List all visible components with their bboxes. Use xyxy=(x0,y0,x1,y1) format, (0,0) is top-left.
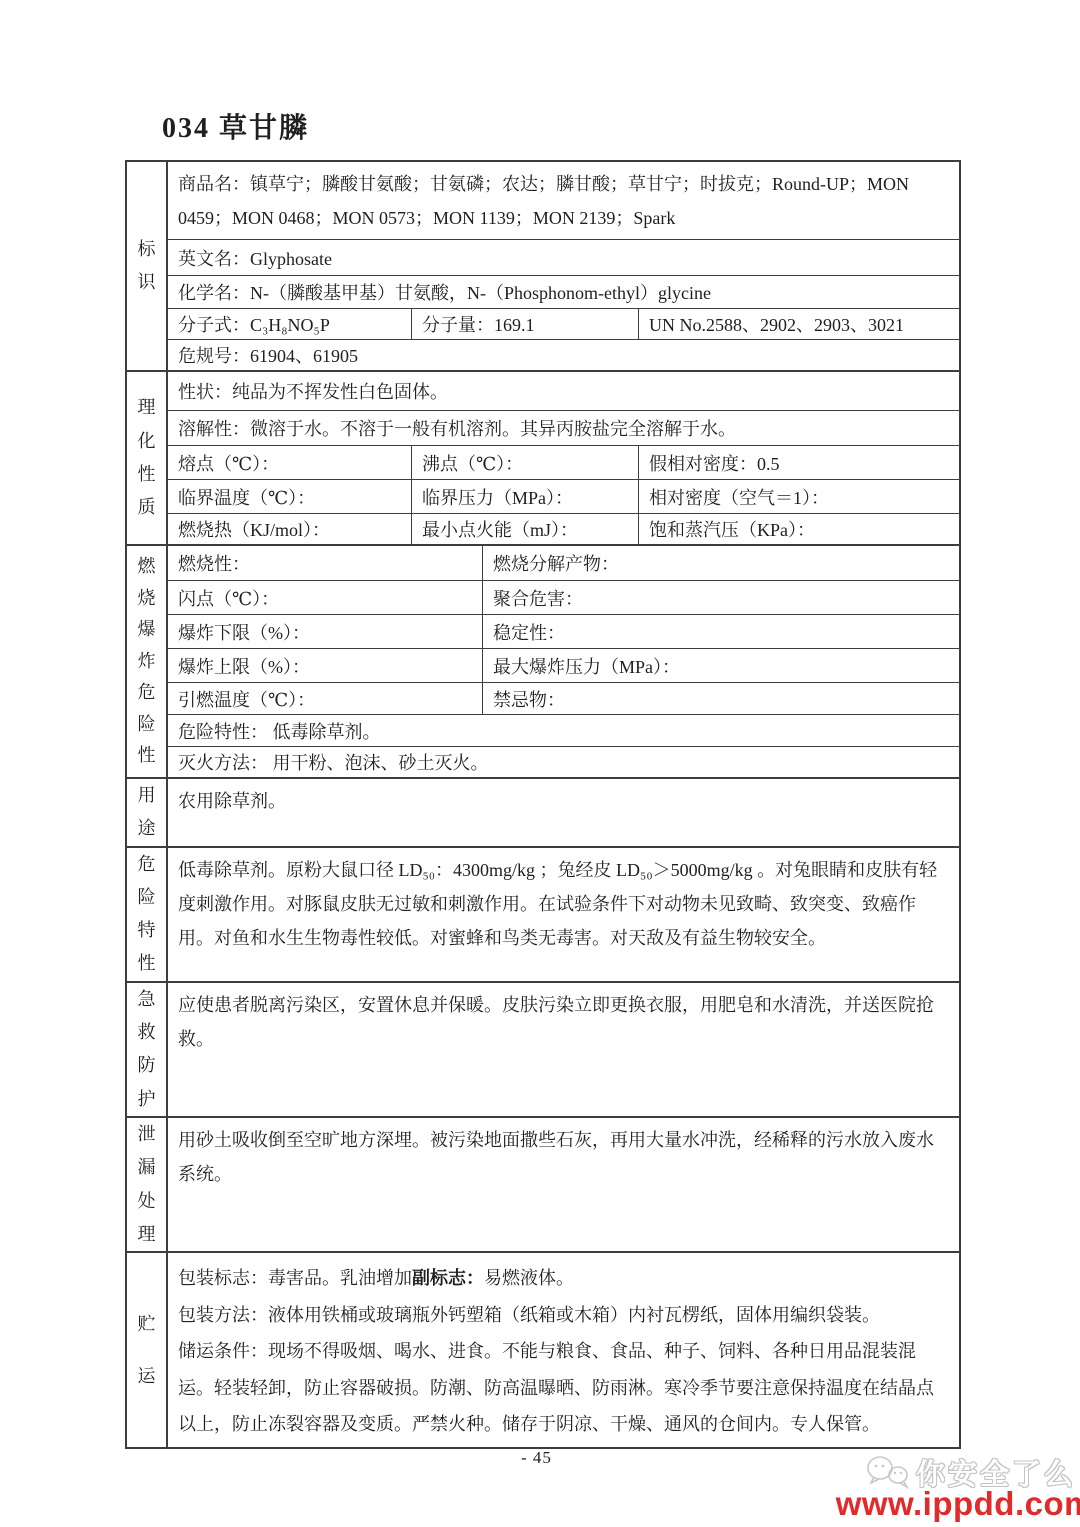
table-row: 性状：纯品为不挥发性白色固体。 xyxy=(168,372,959,410)
packing-mark-tail-text: 易燃液体。 xyxy=(484,1268,574,1288)
storage-conditions-line: 储运条件：现场不得吸烟、喝水、进食。不能与粮食、食品、种子、饲料、各种日用品混装… xyxy=(178,1333,949,1443)
table-row: 用砂土吸收倒至空旷地方深埋。被污染地面撒些石灰，再用大量水冲洗，经稀释的污水放入… xyxy=(168,1118,959,1251)
first-aid-text-cell: 应使患者脱离污染区，安置休息并保暖。皮肤污染立即更换衣服，用肥皂和水清洗，并送医… xyxy=(168,983,959,1116)
page-number: - 45 xyxy=(521,1448,552,1468)
leak-text-cell: 用砂土吸收倒至空旷地方深埋。被污染地面撒些石灰，再用大量水冲洗，经稀释的污水放入… xyxy=(168,1118,959,1251)
max-explosion-pressure-cell: 最大爆炸压力（MPa）： xyxy=(482,649,959,682)
table-row: 灭火方法： 用干粉、泡沫、砂土灭火。 xyxy=(168,746,959,777)
use-text-cell: 农用除草剂。 xyxy=(168,779,959,846)
table-row: 英文名：Glyphosate xyxy=(168,239,959,275)
table-row: 引燃温度（℃）： 禁忌物： xyxy=(168,682,959,714)
watermark: 你安全了么 www.ippdd.com xyxy=(836,1452,1080,1523)
section-leak-handling: 泄 漏 处 理 用砂土吸收倒至空旷地方深埋。被污染地面撒些石灰，再用大量水冲洗，… xyxy=(127,1116,959,1251)
section-label-leak: 泄 漏 处 理 xyxy=(127,1118,168,1251)
un-number-cell: UN No.2588、2902、2903、3021 xyxy=(638,309,959,339)
table-row: 熔点（℃）： 沸点（℃）： 假相对密度：0.5 xyxy=(168,445,959,479)
molecular-formula-cell: 分子式：C₃H₈NO₅P xyxy=(168,309,411,339)
molecular-weight-cell: 分子量：169.1 xyxy=(411,309,638,339)
section-label-hazard: 危 险 特 性 xyxy=(127,848,168,981)
flash-point-cell: 闪点（℃）： xyxy=(168,581,482,614)
table-row: 低毒除草剂。原粉大鼠口径 LD₅₀：4300mg/kg ；兔经皮 LD₅₀＞50… xyxy=(168,848,959,981)
explosion-lower-limit-cell: 爆炸下限（%）： xyxy=(168,615,482,648)
packing-mark-bold-text: 副标志： xyxy=(412,1268,484,1288)
min-ignition-energy-cell: 最小点火能（mJ）： xyxy=(411,514,638,544)
table-row: 爆炸上限（%）： 最大爆炸压力（MPa）： xyxy=(168,648,959,682)
table-row: 临界温度（℃）： 临界压力（MPa）： 相对密度（空气＝1）： xyxy=(168,479,959,513)
combustion-heat-cell: 燃烧热（KJ/mol）： xyxy=(168,514,411,544)
combustion-products-cell: 燃烧分解产物： xyxy=(482,546,959,580)
section-identification: 标 识 商品名：镇草宁；膦酸甘氨酸；甘氨磷；农达；膦甘酸；草甘宁；时拔克；Rou… xyxy=(127,162,959,370)
ignition-temp-cell: 引燃温度（℃）： xyxy=(168,683,482,714)
section-physical-properties: 理 化 性 质 性状：纯品为不挥发性白色固体。 溶解性：微溶于水。不溶于一般有机… xyxy=(127,370,959,544)
hazard-code-cell: 危规号：61904、61905 xyxy=(168,340,959,370)
section-label-identification: 标 识 xyxy=(127,162,168,370)
table-row: 燃烧性： 燃烧分解产物： xyxy=(168,546,959,580)
section-fire-explosion-hazard: 燃 烧 爆 炸 危 险 性 燃烧性： 燃烧分解产物： 闪点（℃）： 聚合危害： … xyxy=(127,544,959,777)
melting-point-cell: 熔点（℃）： xyxy=(168,446,411,479)
section-label-fire: 燃 烧 爆 炸 危 险 性 xyxy=(127,546,168,777)
section-label-first-aid: 急 救 防 护 xyxy=(127,983,168,1116)
hazard-text-cell: 低毒除草剂。原粉大鼠口径 LD₅₀：4300mg/kg ；兔经皮 LD₅₀＞50… xyxy=(168,848,959,981)
explosion-upper-limit-cell: 爆炸上限（%）： xyxy=(168,649,482,682)
solubility-cell: 溶解性：微溶于水。不溶于一般有机溶剂。其异丙胺盐完全溶解于水。 xyxy=(168,411,959,445)
table-row: 燃烧热（KJ/mol）： 最小点火能（mJ）： 饱和蒸汽压（KPa）： xyxy=(168,513,959,544)
pseudo-density-cell: 假相对密度：0.5 xyxy=(638,446,959,479)
incompatibles-cell: 禁忌物： xyxy=(482,683,959,714)
packing-mark-text: 包装标志：毒害品。乳油增加 xyxy=(178,1268,412,1288)
storage-text-cell: 包装标志：毒害品。乳油增加副标志：易燃液体。 包装方法：液体用铁桶或玻璃瓶外钙塑… xyxy=(168,1253,959,1447)
extinguishing-method-cell: 灭火方法： 用干粉、泡沫、砂土灭火。 xyxy=(168,747,959,777)
table-row: 爆炸下限（%）： 稳定性： xyxy=(168,614,959,648)
hazard-property-cell: 危险特性： 低毒除草剂。 xyxy=(168,715,959,746)
trade-name-cell: 商品名：镇草宁；膦酸甘氨酸；甘氨磷；农达；膦甘酸；草甘宁；时拔克；Round-U… xyxy=(168,162,959,239)
packing-mark-line: 包装标志：毒害品。乳油增加副标志：易燃液体。 xyxy=(178,1260,949,1297)
table-row: 溶解性：微溶于水。不溶于一般有机溶剂。其异丙胺盐完全溶解于水。 xyxy=(168,410,959,445)
flammability-cell: 燃烧性： xyxy=(168,546,482,580)
critical-pressure-cell: 临界压力（MPa）： xyxy=(411,480,638,513)
boiling-point-cell: 沸点（℃）： xyxy=(411,446,638,479)
section-first-aid: 急 救 防 护 应使患者脱离污染区，安置休息并保暖。皮肤污染立即更换衣服，用肥皂… xyxy=(127,981,959,1116)
table-row: 分子式：C₃H₈NO₅P 分子量：169.1 UN No.2588、2902、2… xyxy=(168,308,959,339)
english-name-cell: 英文名：Glyphosate xyxy=(168,240,959,275)
polymerization-hazard-cell: 聚合危害： xyxy=(482,581,959,614)
section-hazard-characteristics: 危 险 特 性 低毒除草剂。原粉大鼠口径 LD₅₀：4300mg/kg ；兔经皮… xyxy=(127,846,959,981)
watermark-url: www.ippdd.com xyxy=(836,1485,1080,1523)
chemical-name-cell: 化学名：N-（膦酸基甲基）甘氨酸，N-（Phosphonom-ethyl）gly… xyxy=(168,276,959,308)
section-label-use: 用 途 xyxy=(127,779,168,846)
page-title: 034 草甘膦 xyxy=(162,106,309,146)
table-row: 应使患者脱离污染区，安置休息并保暖。皮肤污染立即更换衣服，用肥皂和水清洗，并送医… xyxy=(168,983,959,1116)
section-label-storage: 贮 运 xyxy=(127,1253,168,1447)
table-row: 包装标志：毒害品。乳油增加副标志：易燃液体。 包装方法：液体用铁桶或玻璃瓶外钙塑… xyxy=(168,1253,959,1447)
appearance-cell: 性状：纯品为不挥发性白色固体。 xyxy=(168,372,959,410)
critical-temp-cell: 临界温度（℃）： xyxy=(168,480,411,513)
sat-vapor-pressure-cell: 饱和蒸汽压（KPa）： xyxy=(638,514,959,544)
relative-density-cell: 相对密度（空气＝1）： xyxy=(638,480,959,513)
table-row: 化学名：N-（膦酸基甲基）甘氨酸，N-（Phosphonom-ethyl）gly… xyxy=(168,275,959,308)
msds-table: 标 识 商品名：镇草宁；膦酸甘氨酸；甘氨磷；农达；膦甘酸；草甘宁；时拔克；Rou… xyxy=(125,160,961,1449)
packing-method-line: 包装方法：液体用铁桶或玻璃瓶外钙塑箱（纸箱或木箱）内衬瓦楞纸，固体用编织袋装。 xyxy=(178,1297,949,1334)
section-storage-transport: 贮 运 包装标志：毒害品。乳油增加副标志：易燃液体。 包装方法：液体用铁桶或玻璃… xyxy=(127,1251,959,1447)
document-page: 034 草甘膦 标 识 商品名：镇草宁；膦酸甘氨酸；甘氨磷；农达；膦甘酸；草甘宁… xyxy=(0,0,1080,1527)
table-row: 危规号：61904、61905 xyxy=(168,339,959,370)
stability-cell: 稳定性： xyxy=(482,615,959,648)
section-use: 用 途 农用除草剂。 xyxy=(127,777,959,846)
table-row: 商品名：镇草宁；膦酸甘氨酸；甘氨磷；农达；膦甘酸；草甘宁；时拔克；Round-U… xyxy=(168,162,959,239)
table-row: 危险特性： 低毒除草剂。 xyxy=(168,714,959,746)
section-label-physical: 理 化 性 质 xyxy=(127,372,168,544)
table-row: 农用除草剂。 xyxy=(168,779,959,846)
table-row: 闪点（℃）： 聚合危害： xyxy=(168,580,959,614)
